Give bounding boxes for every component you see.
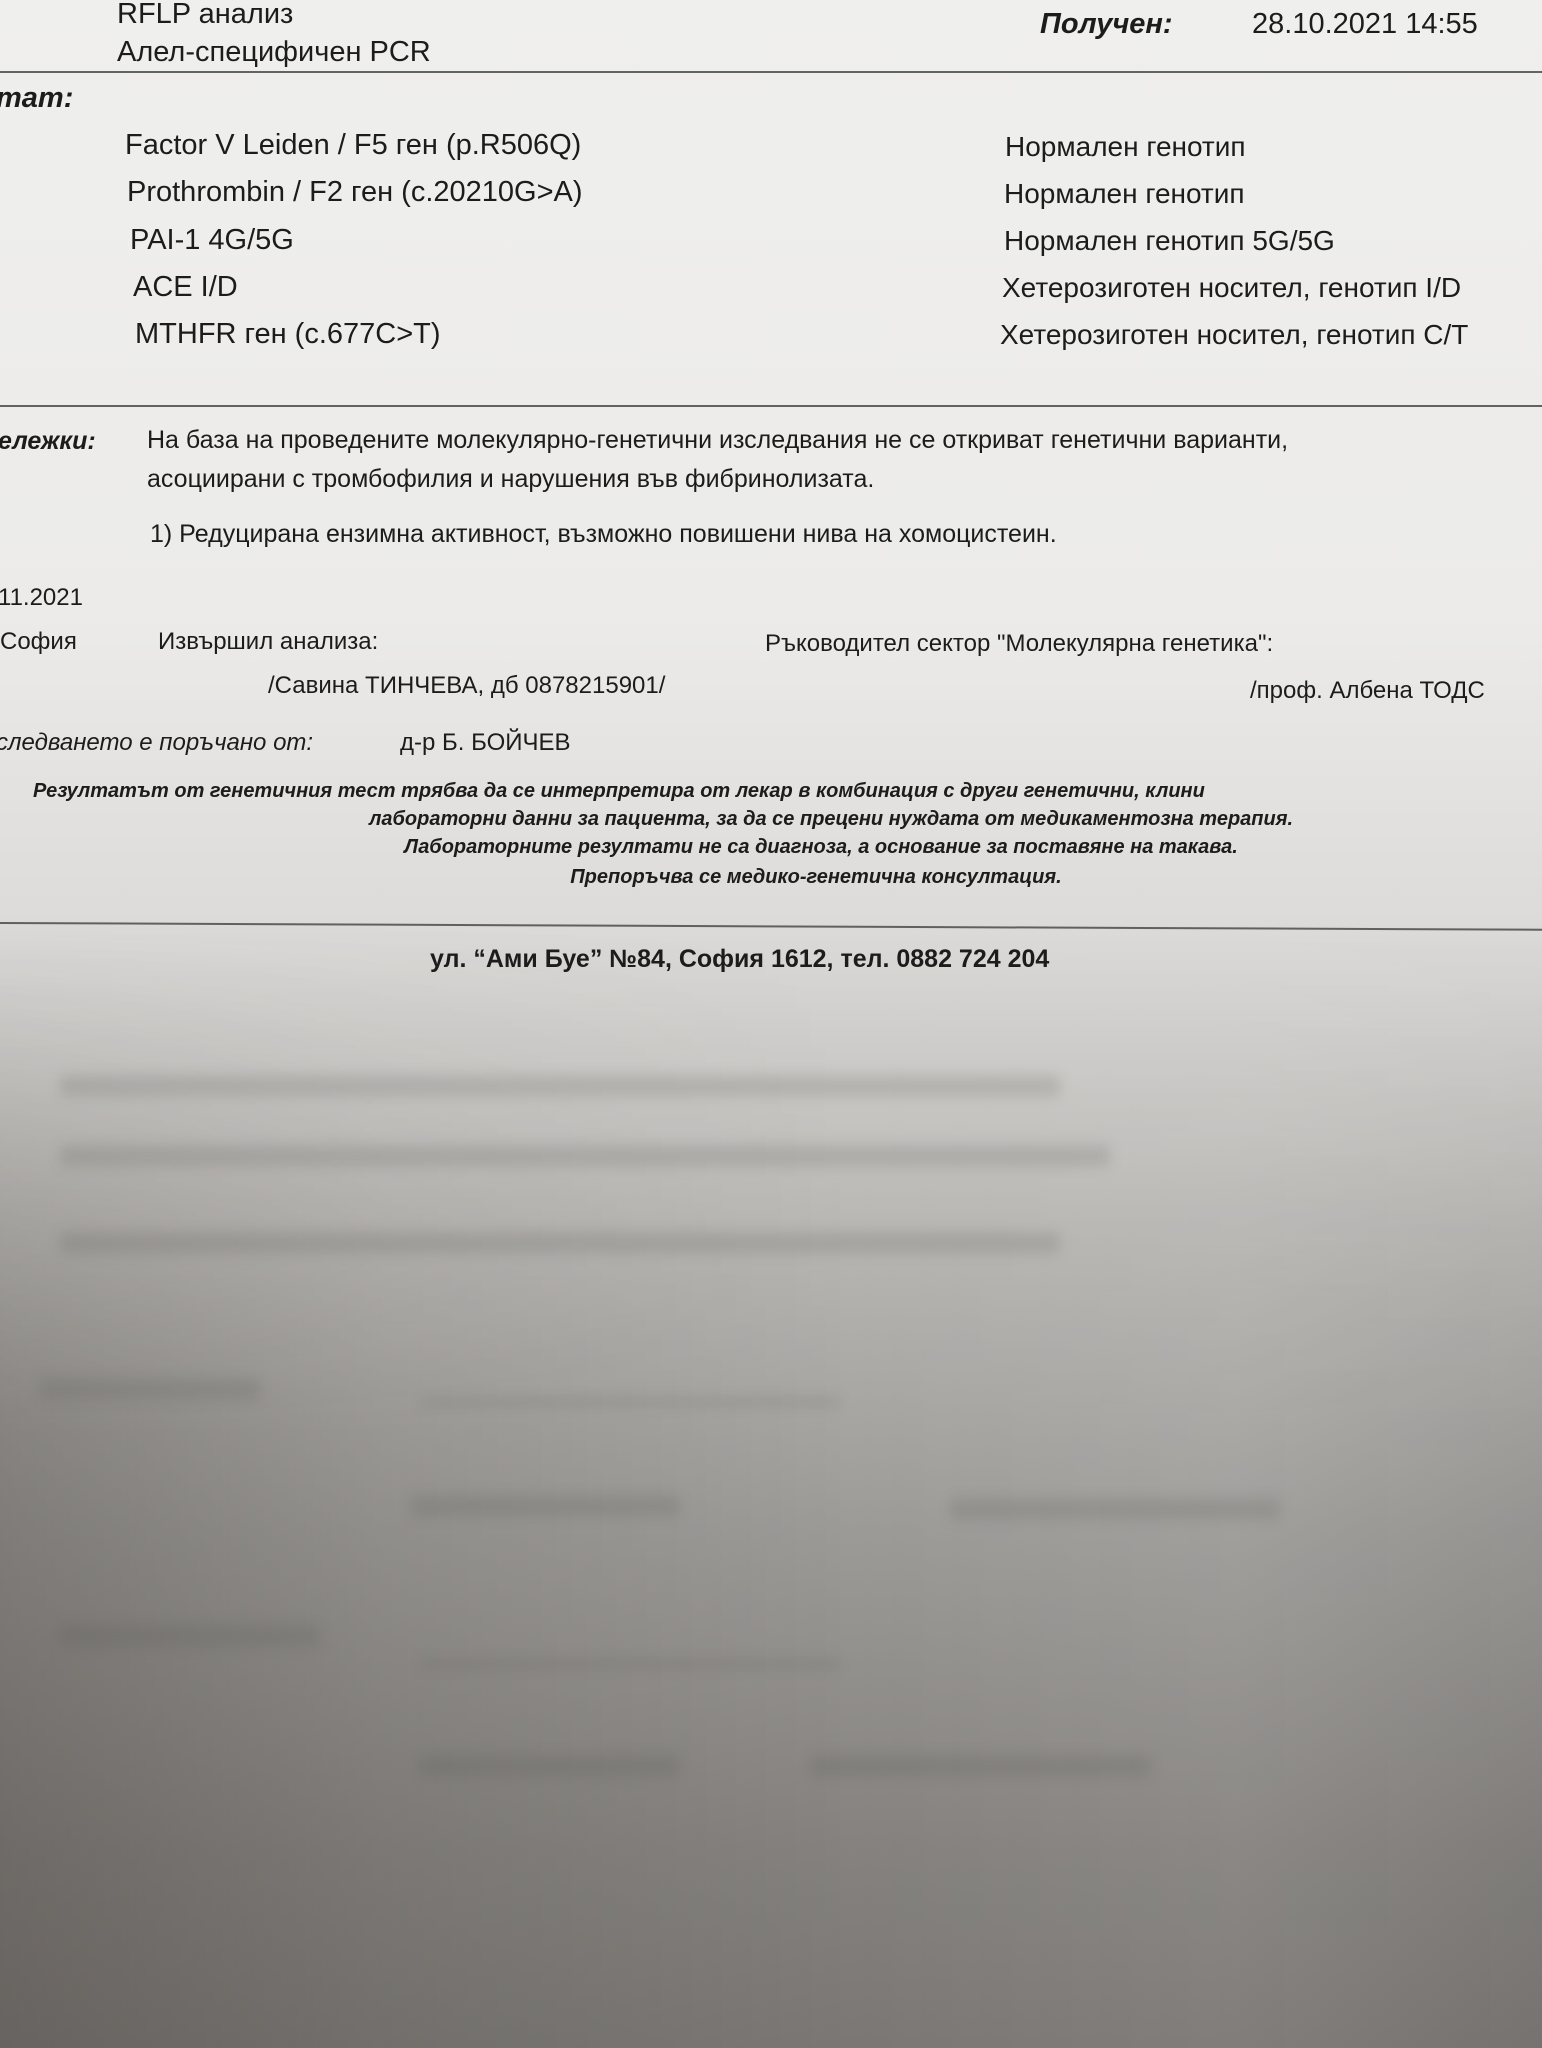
result-genotype: Хетерозиготен носител, генотип C/T (1000, 319, 1468, 351)
result-test-name: ACE I/D (133, 271, 238, 304)
result-test-name: MTHFR ген (c.677C>T) (135, 318, 441, 351)
result-genotype: Хетерозиготен носител, генотип I/D (1002, 272, 1461, 304)
report-city: София (0, 628, 77, 656)
result-genotype: Нормален генотип (1005, 131, 1246, 163)
head-of-sector-name: /проф. Албена ТОДС (1250, 677, 1485, 705)
performed-by-name: /Савина ТИНЧЕВА, дб 0878215901/ (268, 672, 665, 700)
disclaimer-line-4: Препоръчва се медико-генетична консултац… (45, 866, 1542, 889)
photo-shading (0, 0, 1542, 2048)
result-test-name: Factor V Leiden / F5 ген (p.R506Q) (125, 129, 581, 162)
footer-divider (0, 922, 1542, 931)
disclaimer-line-3: Лабораторните резултати не са диагноза, … (50, 836, 1542, 859)
conclusion-line-1: На база на проведените молекулярно-генет… (147, 426, 1288, 455)
results-divider (0, 405, 1542, 407)
ordered-by-label: следването е поръчано от: (0, 729, 313, 757)
report-date: 11.2021 (0, 584, 83, 612)
method-allele-pcr: Алел-специфичен PCR (117, 36, 431, 69)
method-rflp: RFLP анализ (117, 0, 293, 31)
received-label: Получен: (1040, 8, 1173, 41)
result-genotype: Нормален генотип (1004, 178, 1245, 210)
received-datetime: 28.10.2021 14:55 (1252, 8, 1478, 41)
result-genotype: Нормален генотип 5G/5G (1004, 225, 1335, 257)
disclaimer-line-2: лабораторни данни за пациента, за да се … (60, 808, 1542, 831)
results-label: mam: (0, 82, 73, 115)
result-test-name: Prothrombin / F2 ген (c.20210G>A) (127, 176, 583, 209)
head-of-sector-label: Ръководител сектор "Молекулярна генетика… (765, 630, 1273, 658)
performed-by-label: Извършил анализа: (158, 628, 378, 656)
disclaimer-line-1: Резултатът от генетичния тест трябва да … (33, 780, 1205, 803)
footnote-mthfr: 1) Редуцирана ензимна активност, възможн… (150, 520, 1057, 549)
conclusion-line-2: асоциирани с тромбофилия и нарушения във… (147, 465, 874, 494)
ordered-by-name: д-р Б. БОЙЧЕВ (400, 729, 571, 757)
result-test-name: PAI-1 4G/5G (130, 224, 294, 257)
notes-label: ележки: (0, 427, 96, 456)
header-divider (0, 71, 1542, 73)
lab-address: ул. “Ами Буе” №84, София 1612, тел. 0882… (430, 945, 1049, 974)
